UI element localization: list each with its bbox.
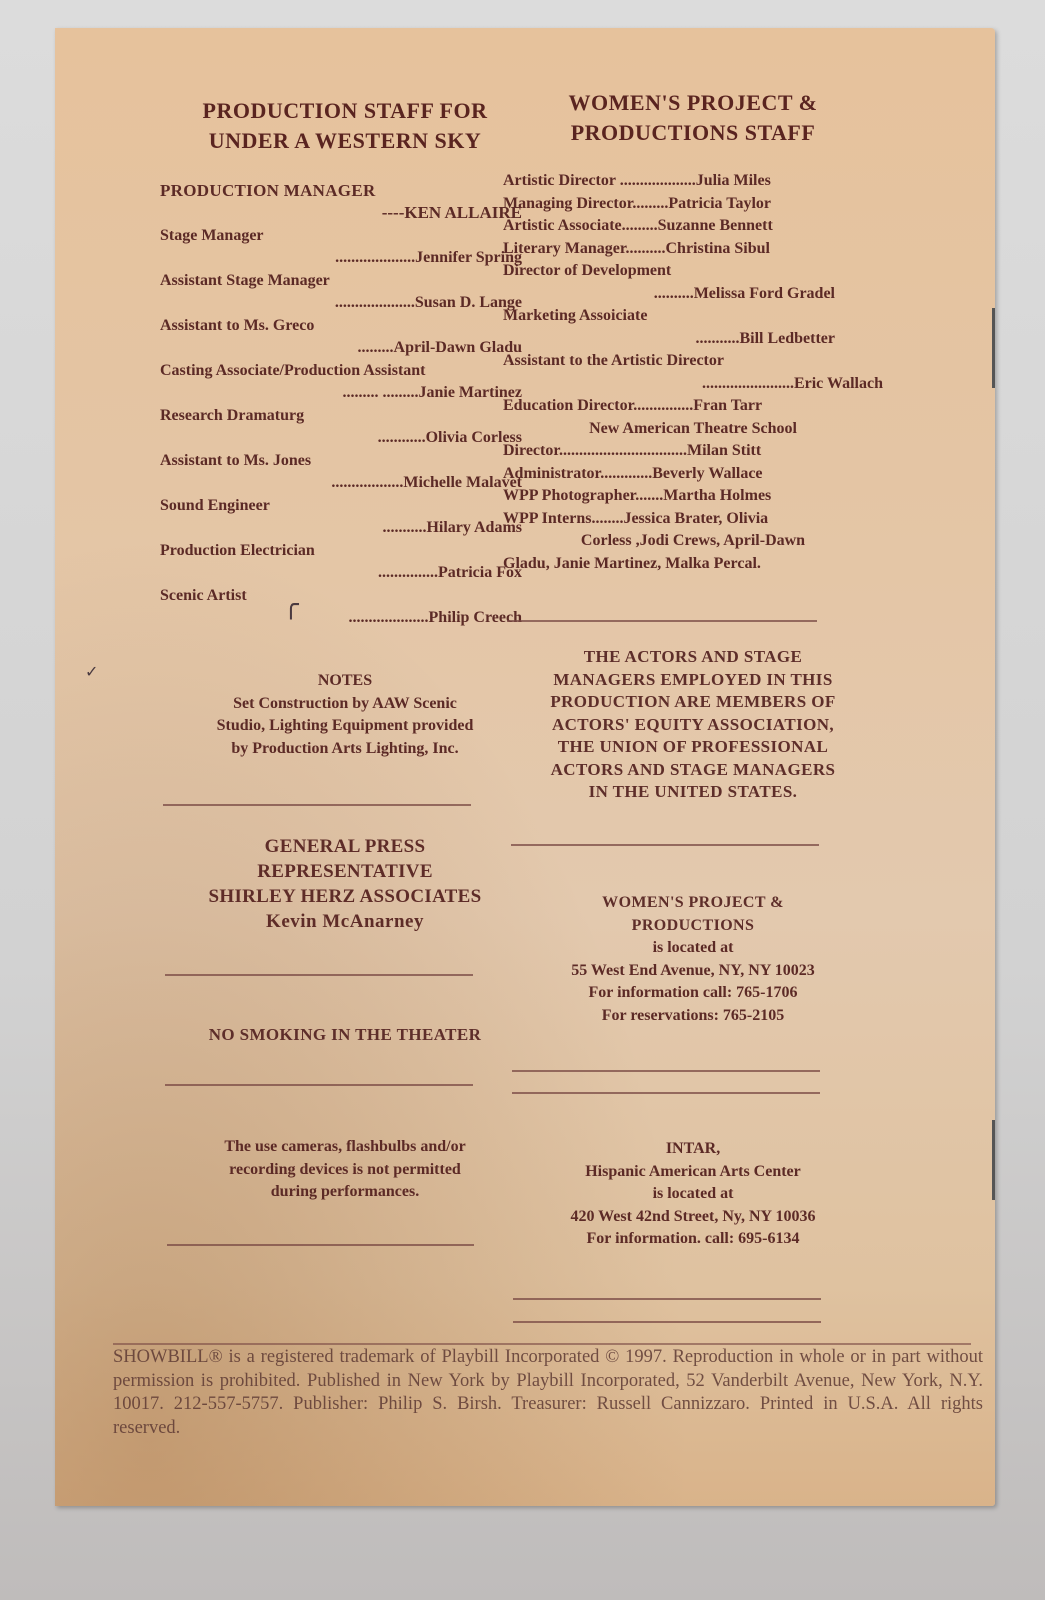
equity-notice: THE ACTORS AND STAGE MANAGERS EMPLOYED I… bbox=[503, 646, 883, 804]
leader-dots: ............... bbox=[378, 564, 438, 581]
leader-dots: ......... bbox=[622, 217, 658, 234]
intar-name: INTAR, bbox=[503, 1138, 883, 1161]
wpp-staff-section: WOMEN'S PROJECT & PRODUCTIONS STAFF Arti… bbox=[503, 88, 883, 575]
staff-role: Assistant Stage Manager bbox=[160, 270, 530, 292]
equity-line: ACTORS' EQUITY ASSOCIATION, bbox=[503, 714, 883, 737]
staff-role: Production Electrician bbox=[160, 540, 530, 562]
staff-role: Research Dramaturg bbox=[160, 405, 530, 427]
no-smoking-section: NO SMOKING IN THE THEATER bbox=[160, 1024, 530, 1047]
divider bbox=[512, 1070, 820, 1072]
press-line: GENERAL PRESS bbox=[160, 834, 530, 859]
staff-entry: Assistant to Ms. Greco.........April-Daw… bbox=[160, 315, 530, 359]
staff-name: Suzanne Bennett bbox=[658, 217, 773, 234]
staff-name-text: Melissa Ford Gradel bbox=[694, 285, 835, 302]
footer-rule bbox=[113, 1343, 971, 1345]
interns-continued: Corless ,Jodi Crews, April-Dawn bbox=[503, 530, 883, 553]
wpp-staff-list: Artistic Director ...................Jul… bbox=[503, 170, 883, 530]
leader-dots: ......... bbox=[632, 195, 668, 212]
equity-line: MANAGERS EMPLOYED IN THIS bbox=[503, 669, 883, 692]
wpp-location-name: PRODUCTIONS bbox=[503, 915, 883, 938]
staff-name: Julia Miles bbox=[696, 172, 771, 189]
staff-name-text: Philip Creech bbox=[429, 609, 522, 626]
staff-role: Artistic Associate bbox=[503, 217, 622, 234]
wpp-staff-heading: WOMEN'S PROJECT & PRODUCTIONS STAFF bbox=[503, 88, 883, 148]
staff-name: Beverly Wallace bbox=[652, 465, 762, 482]
staff-name: ...............Patricia Fox bbox=[160, 562, 530, 584]
leader-dots: ............. bbox=[600, 465, 652, 482]
leader-dots: ........ bbox=[591, 510, 623, 527]
equity-line: IN THE UNITED STATES. bbox=[503, 781, 883, 804]
staff-name: Christina Sibul bbox=[665, 240, 769, 257]
program-page: PRODUCTION STAFF FOR UNDER A WESTERN SKY… bbox=[55, 28, 995, 1506]
leader-dots: .................... bbox=[335, 249, 415, 266]
leader-dots: ......... ......... bbox=[342, 384, 418, 401]
divider bbox=[165, 1084, 473, 1086]
staff-name: Martha Holmes bbox=[663, 487, 771, 504]
staff-role: Managing Director bbox=[503, 195, 632, 212]
leader-dots: .................... bbox=[349, 609, 429, 626]
staff-name: ....................Philip Creech bbox=[160, 607, 530, 629]
staff-entry: Stage Manager....................Jennife… bbox=[160, 225, 530, 269]
cameras-line: The use cameras, flashbulbs and/or bbox=[160, 1136, 530, 1159]
wpp-address: 55 West End Avenue, NY, NY 10023 bbox=[503, 960, 883, 983]
staff-name: ....................Jennifer Spring bbox=[160, 247, 530, 269]
staff-name: Jessica Brater, Olivia bbox=[623, 510, 768, 527]
pen-mark-icon: ✓ bbox=[85, 662, 98, 682]
staff-entry: PRODUCTION MANAGER----KEN ALLAIRE bbox=[160, 180, 530, 224]
staff-entry: Artistic Associate.........Suzanne Benne… bbox=[503, 215, 883, 238]
divider bbox=[511, 844, 819, 846]
staff-role: WPP Photographer bbox=[503, 487, 635, 504]
press-section: GENERAL PRESS REPRESENTATIVE SHIRLEY HER… bbox=[160, 834, 530, 934]
staff-name: Patricia Taylor bbox=[668, 195, 771, 212]
divider bbox=[513, 1321, 821, 1323]
staff-role: Scenic Artist bbox=[160, 585, 530, 607]
staff-entry: Literary Manager..........Christina Sibu… bbox=[503, 238, 883, 261]
leader-dots: ........... bbox=[382, 519, 426, 536]
staff-name: ....................Susan D. Lange bbox=[160, 292, 530, 314]
heading-line: PRODUCTION STAFF FOR bbox=[160, 96, 530, 126]
staff-role: Literary Manager bbox=[503, 240, 625, 257]
production-staff-heading: PRODUCTION STAFF FOR UNDER A WESTERN SKY bbox=[160, 96, 530, 156]
wpp-location-name: WOMEN'S PROJECT & bbox=[503, 892, 883, 915]
intar-address: 420 West 42nd Street, Ny, NY 10036 bbox=[503, 1206, 883, 1229]
leader-dots: ................................ bbox=[559, 442, 687, 459]
leader-dots: ....... bbox=[635, 487, 663, 504]
divider bbox=[167, 1244, 474, 1246]
staff-name: .......................Eric Wallach bbox=[503, 373, 883, 396]
copyright-footer: SHOWBILL® is a registered trademark of P… bbox=[113, 1346, 983, 1440]
staff-entry: Scenic Artist....................Philip … bbox=[160, 585, 530, 629]
staff-entry: Administrator.............Beverly Wallac… bbox=[503, 463, 883, 486]
divider bbox=[513, 1298, 821, 1300]
interns-continued: Gladu, Janie Martinez, Malka Percal. bbox=[503, 553, 883, 576]
staff-role: Stage Manager bbox=[160, 225, 530, 247]
staff-role: Marketing Assoiciate bbox=[503, 305, 883, 328]
page-edge-tab bbox=[992, 308, 995, 388]
leader-dots: ............... bbox=[633, 397, 693, 414]
leader-dots: .......... bbox=[625, 240, 665, 257]
heading-line: PRODUCTIONS STAFF bbox=[503, 118, 883, 148]
heading-line: UNDER A WESTERN SKY bbox=[160, 126, 530, 156]
leader-dots: ---- bbox=[382, 203, 405, 222]
production-staff-section: PRODUCTION STAFF FOR UNDER A WESTERN SKY… bbox=[160, 96, 530, 630]
cameras-section: The use cameras, flashbulbs and/or recor… bbox=[160, 1136, 530, 1204]
staff-entry: Managing Director.........Patricia Taylo… bbox=[503, 193, 883, 216]
notes-title: NOTES bbox=[160, 670, 530, 693]
wpp-reservations-phone: For reservations: 765-2105 bbox=[503, 1005, 883, 1028]
staff-name: ..................Michelle Malavet bbox=[160, 472, 530, 494]
leader-dots: ................... bbox=[616, 172, 696, 189]
staff-name: ..........Melissa Ford Gradel bbox=[503, 283, 883, 306]
staff-role: Assistant to Ms. Greco bbox=[160, 315, 530, 337]
no-smoking-notice: NO SMOKING IN THE THEATER bbox=[160, 1024, 530, 1047]
wpp-location: WOMEN'S PROJECT & PRODUCTIONS is located… bbox=[503, 892, 883, 1027]
staff-name: ----KEN ALLAIRE bbox=[160, 202, 530, 224]
leader-dots: .................... bbox=[335, 294, 415, 311]
leader-dots: ........... bbox=[695, 330, 739, 347]
staff-entry: Education Director...............Fran Ta… bbox=[503, 395, 883, 418]
staff-role: Director of Development bbox=[503, 260, 883, 283]
intar-location: INTAR, Hispanic American Arts Center is … bbox=[503, 1138, 883, 1251]
leader-dots: ......... bbox=[358, 339, 394, 356]
staff-name: ............Olivia Corless bbox=[160, 427, 530, 449]
pen-stroke-icon: ╭ bbox=[283, 590, 299, 620]
staff-name-text: Eric Wallach bbox=[794, 375, 883, 392]
staff-name: .........April-Dawn Gladu bbox=[160, 337, 530, 359]
press-line: SHIRLEY HERZ ASSOCIATES bbox=[160, 884, 530, 909]
notes-line: by Production Arts Lighting, Inc. bbox=[160, 738, 530, 761]
staff-name: ...........Bill Ledbetter bbox=[503, 328, 883, 351]
staff-entry: WPP Photographer.......Martha Holmes bbox=[503, 485, 883, 508]
staff-role: Assistant to the Artistic Director bbox=[503, 350, 883, 373]
divider bbox=[165, 974, 473, 976]
notes-line: Studio, Lighting Equipment provided bbox=[160, 715, 530, 738]
notes-section: NOTES Set Construction by AAW Scenic Stu… bbox=[160, 670, 530, 760]
leader-dots: ....................... bbox=[702, 375, 794, 392]
staff-name: Milan Stitt bbox=[687, 442, 761, 459]
equity-line: THE ACTORS AND STAGE bbox=[503, 646, 883, 669]
staff-role: Assistant to Ms. Jones bbox=[160, 450, 530, 472]
staff-role: Education Director bbox=[503, 397, 633, 414]
staff-name: ...........Hilary Adams bbox=[160, 517, 530, 539]
divider bbox=[512, 1092, 820, 1094]
located-at: is located at bbox=[503, 1183, 883, 1206]
press-contact: Kevin McAnarney bbox=[160, 909, 530, 934]
staff-name: Fran Tarr bbox=[693, 397, 762, 414]
intar-info-phone: For information. call: 695-6134 bbox=[503, 1228, 883, 1251]
staff-role: Sound Engineer bbox=[160, 495, 530, 517]
equity-line: ACTORS AND STAGE MANAGERS bbox=[503, 759, 883, 782]
staff-entry: Director................................… bbox=[503, 440, 883, 463]
staff-entry: Assistant to Ms. Jones..................… bbox=[160, 450, 530, 494]
divider bbox=[507, 620, 817, 622]
staff-role: WPP Interns bbox=[503, 510, 591, 527]
staff-entry: Assistant Stage Manager.................… bbox=[160, 270, 530, 314]
cameras-line: recording devices is not permitted bbox=[160, 1159, 530, 1182]
staff-role: PRODUCTION MANAGER bbox=[160, 180, 530, 202]
staff-name: ......... .........Janie Martinez bbox=[160, 382, 530, 404]
staff-role: Administrator bbox=[503, 465, 600, 482]
staff-entry: Production Electrician...............Pat… bbox=[160, 540, 530, 584]
staff-entry: Artistic Director ...................Jul… bbox=[503, 170, 883, 193]
equity-line: THE UNION OF PROFESSIONAL bbox=[503, 736, 883, 759]
equity-line: PRODUCTION ARE MEMBERS OF bbox=[503, 691, 883, 714]
staff-subhead: New American Theatre School bbox=[503, 418, 883, 441]
page-edge-tab bbox=[992, 1120, 995, 1200]
staff-entry: Research Dramaturg............Olivia Cor… bbox=[160, 405, 530, 449]
staff-role: Artistic Director bbox=[503, 172, 616, 189]
press-line: REPRESENTATIVE bbox=[160, 859, 530, 884]
leader-dots: .................. bbox=[331, 474, 403, 491]
production-staff-list: PRODUCTION MANAGER----KEN ALLAIREStage M… bbox=[160, 180, 530, 629]
staff-role: Director bbox=[503, 442, 559, 459]
staff-entry: Casting Associate/Production Assistant..… bbox=[160, 360, 530, 404]
leader-dots: .......... bbox=[654, 285, 694, 302]
staff-entry: Sound Engineer...........Hilary Adams bbox=[160, 495, 530, 539]
cameras-line: during performances. bbox=[160, 1181, 530, 1204]
wpp-info-phone: For information call: 765-1706 bbox=[503, 982, 883, 1005]
staff-name-text: Bill Ledbetter bbox=[739, 330, 835, 347]
staff-role: Casting Associate/Production Assistant bbox=[160, 360, 530, 382]
intar-subtitle: Hispanic American Arts Center bbox=[503, 1161, 883, 1184]
heading-line: WOMEN'S PROJECT & bbox=[503, 88, 883, 118]
staff-entry: WPP Interns........Jessica Brater, Olivi… bbox=[503, 508, 883, 531]
located-at: is located at bbox=[503, 937, 883, 960]
leader-dots: ............ bbox=[378, 429, 426, 446]
notes-line: Set Construction by AAW Scenic bbox=[160, 693, 530, 716]
divider bbox=[163, 804, 471, 806]
